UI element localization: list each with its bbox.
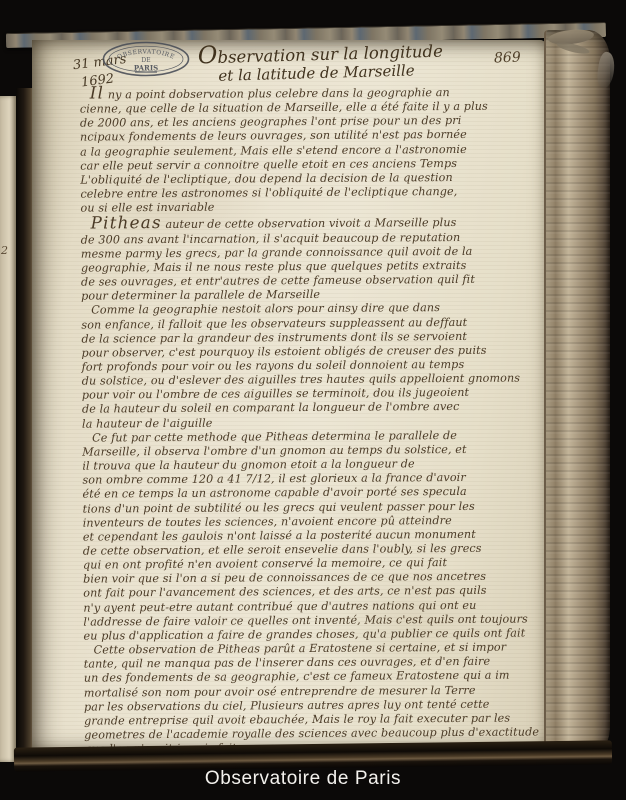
stamp-text-bottom: PARIS: [134, 64, 158, 73]
observatory-stamp-icon: OBSERVATOIRE DE PARIS: [102, 41, 190, 81]
book-fore-edge: [544, 30, 610, 762]
page-title: Observation sur la longitude et la latit…: [197, 35, 443, 86]
manuscript-page: 31 mars 1692 OBSERVATOIRE DE PARIS Obser…: [32, 40, 546, 754]
facing-page-edge: 2: [0, 96, 17, 762]
manuscript-body: Il ny a point dobservation plus celebre …: [80, 82, 543, 757]
paragraph-lead-word: Il: [90, 82, 105, 102]
photo-frame: 2 31 mars 1692 OBSERVATOIRE DE PARIS Obs: [0, 0, 626, 800]
paragraph-lead-word: Pitheas: [91, 212, 162, 232]
folio-number: 869: [494, 50, 521, 67]
photo-caption: Observatoire de Paris: [0, 768, 616, 790]
facing-page-mark: 2: [1, 244, 8, 257]
